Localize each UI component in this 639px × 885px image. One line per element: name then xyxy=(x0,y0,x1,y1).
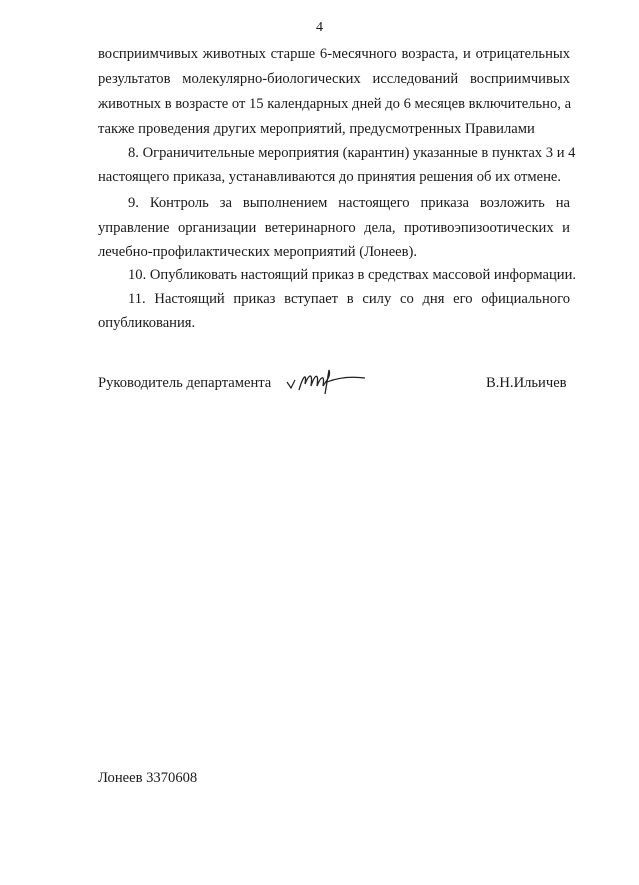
item-10-line: 10. Опубликовать настоящий приказ в сред… xyxy=(128,265,570,285)
body-line: животных в возрасте от 15 календарных дн… xyxy=(98,94,570,114)
signatory-name: В.Н.Ильичев xyxy=(486,375,567,392)
page-number: 4 xyxy=(0,20,639,36)
item-11-line: опубликования. xyxy=(98,313,570,333)
executor-note: Лонеев 3370608 xyxy=(98,770,197,787)
signatory-role: Руководитель департамента xyxy=(98,375,271,392)
item-8-line: настоящего приказа, устанавливаются до п… xyxy=(98,167,570,187)
body-line: результатов молекулярно-биологических ис… xyxy=(98,69,570,89)
body-line: также проведения других мероприятий, пре… xyxy=(98,119,570,139)
item-8-line: 8. Ограничительные мероприятия (карантин… xyxy=(128,143,570,163)
item-9-line: управление организации ветеринарного дел… xyxy=(98,218,570,238)
item-9-line: лечебно-профилактических мероприятий (Ло… xyxy=(98,242,570,262)
item-9-line: 9. Контроль за выполнением настоящего пр… xyxy=(128,193,570,213)
handwritten-signature-icon xyxy=(285,366,367,396)
body-line: восприимчивых животных старше 6-месячног… xyxy=(98,44,570,64)
item-11-line: 11. Настоящий приказ вступает в силу со … xyxy=(128,289,570,309)
